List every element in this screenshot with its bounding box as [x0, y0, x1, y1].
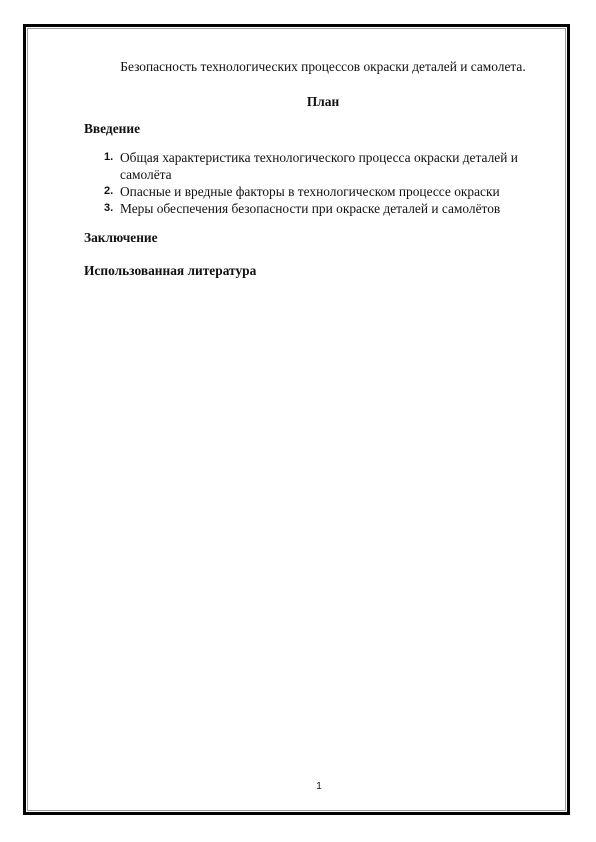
- document-page: Безопасность технологических процессов о…: [0, 0, 596, 842]
- section-introduction: Введение: [84, 121, 140, 137]
- list-item: 1. Общая характеристика технологического…: [84, 149, 554, 183]
- list-item-text: Опасные и вредные факторы в технологичес…: [120, 184, 500, 199]
- list-item: 3. Меры обеспечения безопасности при окр…: [84, 200, 554, 217]
- list-item-number: 2.: [104, 183, 113, 200]
- page-number: 1: [0, 781, 596, 792]
- list-item-number: 1.: [104, 149, 113, 166]
- list-item: 2. Опасные и вредные факторы в технологи…: [84, 183, 554, 200]
- list-item-text: Общая характеристика технологического пр…: [120, 150, 518, 182]
- list-item-number: 3.: [104, 200, 113, 217]
- plan-heading: План: [0, 94, 596, 110]
- document-title: Безопасность технологических процессов о…: [0, 59, 596, 75]
- list-item-text: Меры обеспечения безопасности при окраск…: [120, 201, 500, 216]
- plan-list: 1. Общая характеристика технологического…: [84, 149, 554, 217]
- section-conclusion: Заключение: [84, 230, 158, 246]
- section-references: Использованная литература: [84, 263, 256, 279]
